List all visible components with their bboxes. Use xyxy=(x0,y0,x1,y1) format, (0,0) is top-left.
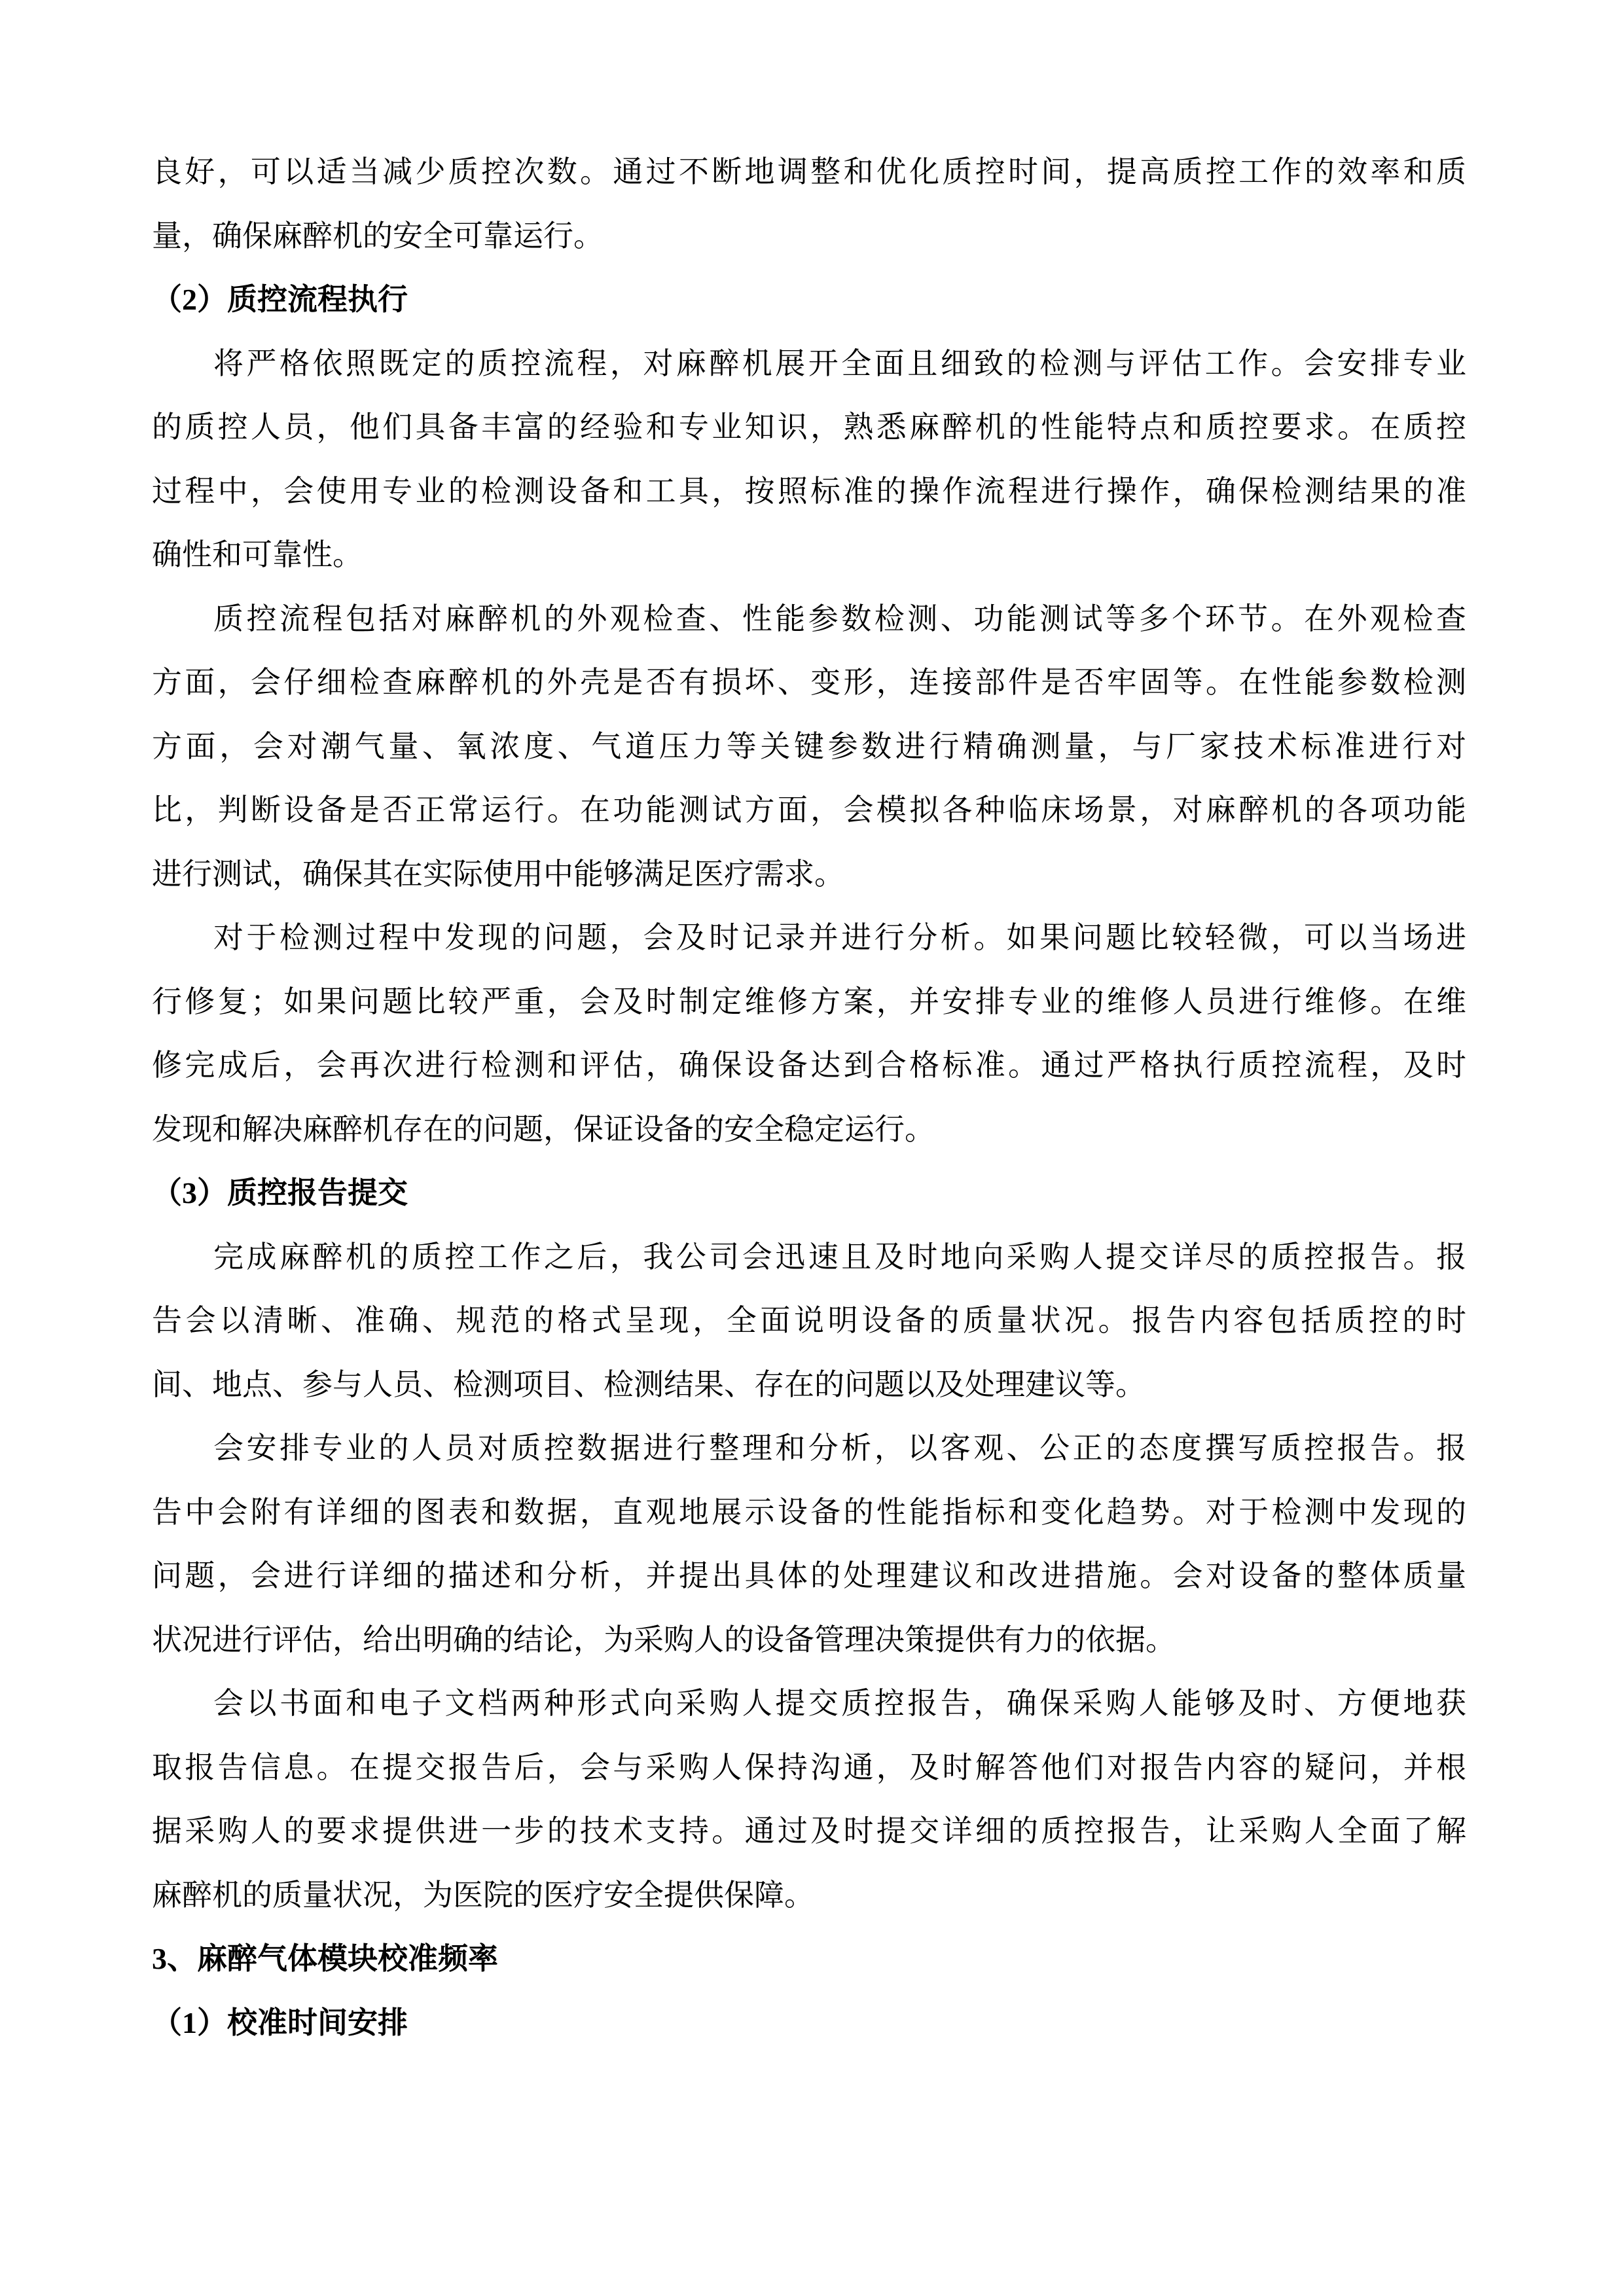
text-line: 方面，会对潮气量、氧浓度、气道压力等关键参数进行精确测量，与厂家技术标准进行对 xyxy=(152,715,1466,779)
text-line: 完成麻醉机的质控工作之后，我公司会迅速且及时地向采购人提交详尽的质控报告。报 xyxy=(152,1225,1466,1289)
document-body: 良好，可以适当减少质控次数。通过不断地调整和优化质控时间，提高质控工作的效率和质… xyxy=(152,140,1466,2054)
text-line: 过程中，会使用专业的检测设备和工具，按照标准的操作流程进行操作，确保检测结果的准 xyxy=(152,459,1466,524)
text-line: 质控流程包括对麻醉机的外观检查、性能参数检测、功能测试等多个环节。在外观检查 xyxy=(152,587,1466,651)
text-line: 方面，会仔细检查麻醉机的外壳是否有损坏、变形，连接部件是否牢固等。在性能参数检测 xyxy=(152,651,1466,715)
heading-line: 3、麻醉气体模块校准频率 xyxy=(152,1927,1466,1991)
text-line: 麻醉机的质量状况，为医院的医疗安全提供保障。 xyxy=(152,1863,1466,1928)
text-line: 会以书面和电子文档两种形式向采购人提交质控报告，确保采购人能够及时、方便地获 xyxy=(152,1672,1466,1736)
text-line: 告中会附有详细的图表和数据，直观地展示设备的性能指标和变化趋势。对于检测中发现的 xyxy=(152,1480,1466,1545)
text-line: 对于检测过程中发现的问题，会及时记录并进行分析。如果问题比较轻微，可以当场进 xyxy=(152,906,1466,970)
text-line: 取报告信息。在提交报告后，会与采购人保持沟通，及时解答他们对报告内容的疑问，并根 xyxy=(152,1736,1466,1800)
heading-line: （2）质控流程执行 xyxy=(152,268,1466,332)
heading-line: （1）校准时间安排 xyxy=(152,1991,1466,2055)
text-line: 问题，会进行详细的描述和分析，并提出具体的处理建议和改进措施。会对设备的整体质量 xyxy=(152,1544,1466,1608)
text-line: 告会以清晰、准确、规范的格式呈现，全面说明设备的质量状况。报告内容包括质控的时 xyxy=(152,1289,1466,1353)
text-line: 的质控人员，他们具备丰富的经验和专业知识，熟悉麻醉机的性能特点和质控要求。在质控 xyxy=(152,395,1466,459)
document-page: 良好，可以适当减少质控次数。通过不断地调整和优化质控时间，提高质控工作的效率和质… xyxy=(0,0,1624,2296)
text-line: 间、地点、参与人员、检测项目、检测结果、存在的问题以及处理建议等。 xyxy=(152,1353,1466,1417)
text-line: 良好，可以适当减少质控次数。通过不断地调整和优化质控时间，提高质控工作的效率和质 xyxy=(152,140,1466,204)
text-line: 会安排专业的人员对质控数据进行整理和分析，以客观、公正的态度撰写质控报告。报 xyxy=(152,1416,1466,1480)
text-line: 修完成后，会再次进行检测和评估，确保设备达到合格标准。通过严格执行质控流程，及时 xyxy=(152,1033,1466,1098)
text-line: 比，判断设备是否正常运行。在功能测试方面，会模拟各种临床场景，对麻醉机的各项功能 xyxy=(152,778,1466,842)
text-line: 状况进行评估，给出明确的结论，为采购人的设备管理决策提供有力的依据。 xyxy=(152,1608,1466,1672)
text-line: 据采购人的要求提供进一步的技术支持。通过及时提交详细的质控报告，让采购人全面了解 xyxy=(152,1799,1466,1863)
text-line: 发现和解决麻醉机存在的问题，保证设备的安全稳定运行。 xyxy=(152,1098,1466,1162)
text-line: 确性和可靠性。 xyxy=(152,523,1466,587)
heading-line: （3）质控报告提交 xyxy=(152,1161,1466,1225)
text-line: 将严格依照既定的质控流程，对麻醉机展开全面且细致的检测与评估工作。会安排专业 xyxy=(152,332,1466,396)
text-line: 进行测试，确保其在实际使用中能够满足医疗需求。 xyxy=(152,842,1466,906)
text-line: 量，确保麻醉机的安全可靠运行。 xyxy=(152,204,1466,268)
text-line: 行修复；如果问题比较严重，会及时制定维修方案，并安排专业的维修人员进行维修。在维 xyxy=(152,970,1466,1034)
